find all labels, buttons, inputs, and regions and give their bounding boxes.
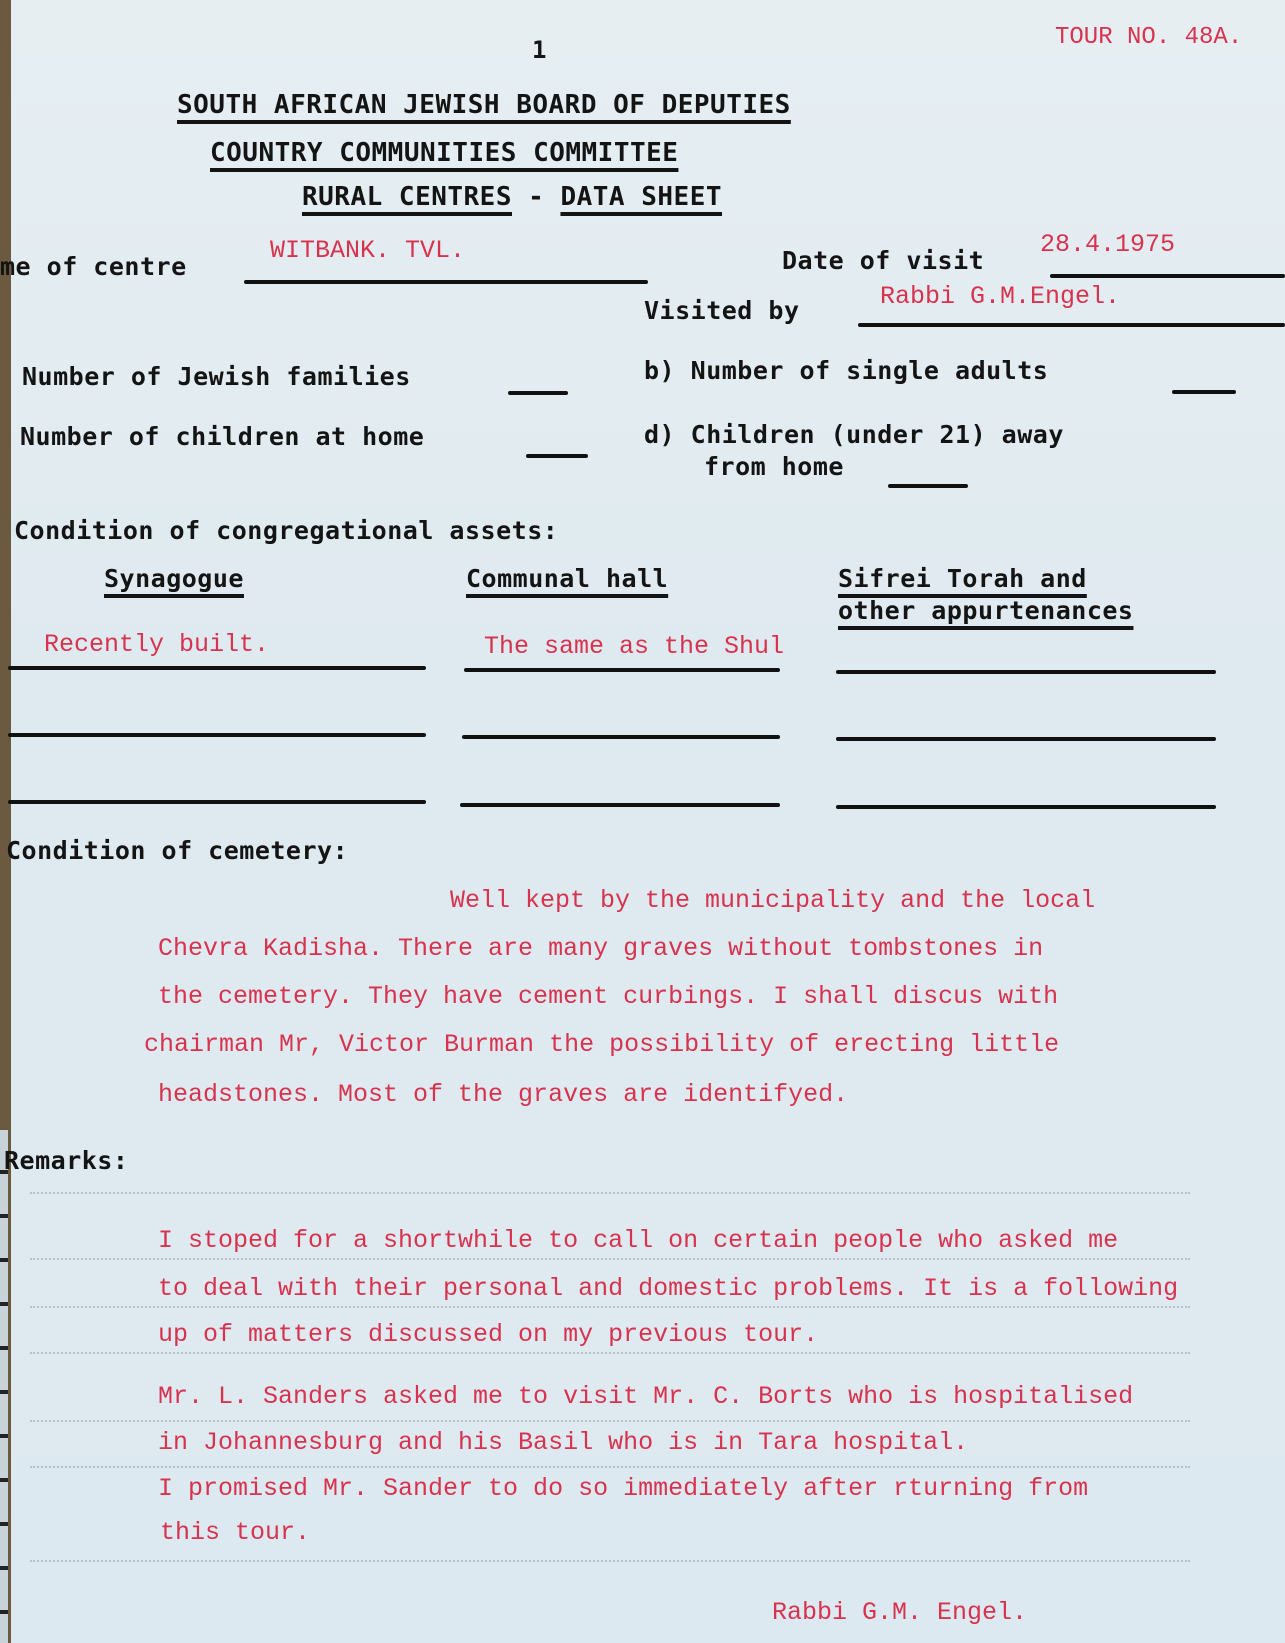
synagogue-line-2 <box>8 733 426 737</box>
remarks-line: I promised Mr. Sander to do so immediate… <box>158 1474 1088 1503</box>
header-title-b: DATA SHEET <box>560 182 722 212</box>
cemetery-line: Well kept by the municipality and the lo… <box>450 886 1095 915</box>
children-away-label-2: from home <box>704 452 844 481</box>
assets-title: Condition of congregational assets: <box>14 516 558 545</box>
remarks-ruled-line <box>30 1192 1190 1195</box>
cemetery-line: headstones. Most of the graves are ident… <box>158 1080 848 1109</box>
synagogue-heading: Synagogue <box>104 564 244 593</box>
header-title: RURAL CENTRES - DATA SHEET <box>302 182 722 212</box>
sifrei-torah-heading-2: other appurtenances <box>838 596 1133 625</box>
header-title-a: RURAL CENTRES <box>302 182 512 212</box>
remarks-ruled-line <box>30 1420 1190 1423</box>
cemetery-line: the cemetery. They have cement curbings.… <box>158 982 1058 1011</box>
visited-value[interactable]: Rabbi G.M.Engel. <box>880 282 1120 311</box>
cemetery-title: Condition of cemetery: <box>6 836 348 865</box>
centre-label: me of centre <box>0 252 187 281</box>
spiral-binding <box>0 1130 8 1643</box>
hall-line-1 <box>464 668 780 672</box>
remarks-ruled-line <box>30 1466 1190 1469</box>
communal-hall-condition[interactable]: The same as the Shul <box>484 632 784 661</box>
children-home-field-line[interactable] <box>526 454 588 458</box>
synagogue-condition[interactable]: Recently built. <box>44 630 269 659</box>
remarks-title: Remarks: <box>4 1146 128 1175</box>
children-away-label: d) Children (under 21) away <box>644 420 1064 449</box>
remarks-ruled-line <box>30 1258 1190 1261</box>
tour-number: TOUR NO. 48A. <box>1055 24 1242 51</box>
communal-hall-heading: Communal hall <box>466 564 668 593</box>
header-organization: SOUTH AFRICAN JEWISH BOARD OF DEPUTIES <box>177 90 791 120</box>
remarks-line: I stoped for a shortwhile to call on cer… <box>158 1226 1118 1255</box>
remarks-line: this tour. <box>160 1518 310 1547</box>
remarks-line: up of matters discussed on my previous t… <box>158 1320 818 1349</box>
synagogue-line-3 <box>8 800 426 804</box>
remarks-line: in Johannesburg and his Basil who is in … <box>158 1428 968 1457</box>
single-adults-label: b) Number of single adults <box>644 356 1048 385</box>
torah-line-2 <box>836 737 1216 741</box>
single-adults-field-line[interactable] <box>1172 390 1236 394</box>
children-away-field-line[interactable] <box>888 484 968 488</box>
page-number: 1 <box>532 36 547 64</box>
children-home-label: Number of children at home <box>20 422 424 451</box>
centre-value[interactable]: WITBANK. TVL. <box>270 236 465 265</box>
centre-field-line <box>244 280 648 284</box>
sifrei-torah-heading-1: Sifrei Torah and <box>838 564 1087 593</box>
remarks-line: Mr. L. Sanders asked me to visit Mr. C. … <box>158 1382 1133 1411</box>
header-title-sep: - <box>528 182 544 212</box>
remarks-line: to deal with their personal and domestic… <box>158 1274 1178 1303</box>
torah-line-3 <box>836 805 1216 809</box>
date-label: Date of visit <box>782 246 984 275</box>
remarks-ruled-line <box>30 1560 1190 1563</box>
hall-line-2 <box>462 735 780 739</box>
date-value[interactable]: 28.4.1975 <box>1040 230 1175 259</box>
header-committee: COUNTRY COMMUNITIES COMMITTEE <box>210 138 678 168</box>
remarks-ruled-line <box>30 1352 1190 1355</box>
cemetery-line: chairman Mr, Victor Burman the possibili… <box>144 1030 1059 1059</box>
signature: Rabbi G.M. Engel. <box>772 1598 1027 1627</box>
families-label: Number of Jewish families <box>22 362 411 391</box>
date-field-line <box>1050 274 1285 278</box>
synagogue-line-1 <box>8 666 426 670</box>
visited-label: Visited by <box>644 296 800 325</box>
families-field-line[interactable] <box>508 391 568 395</box>
visited-field-line <box>858 323 1285 327</box>
cemetery-line: Chevra Kadisha. There are many graves wi… <box>158 934 1043 963</box>
torah-line-1 <box>836 670 1216 674</box>
remarks-ruled-line <box>30 1306 1190 1309</box>
hall-line-3 <box>460 803 780 807</box>
